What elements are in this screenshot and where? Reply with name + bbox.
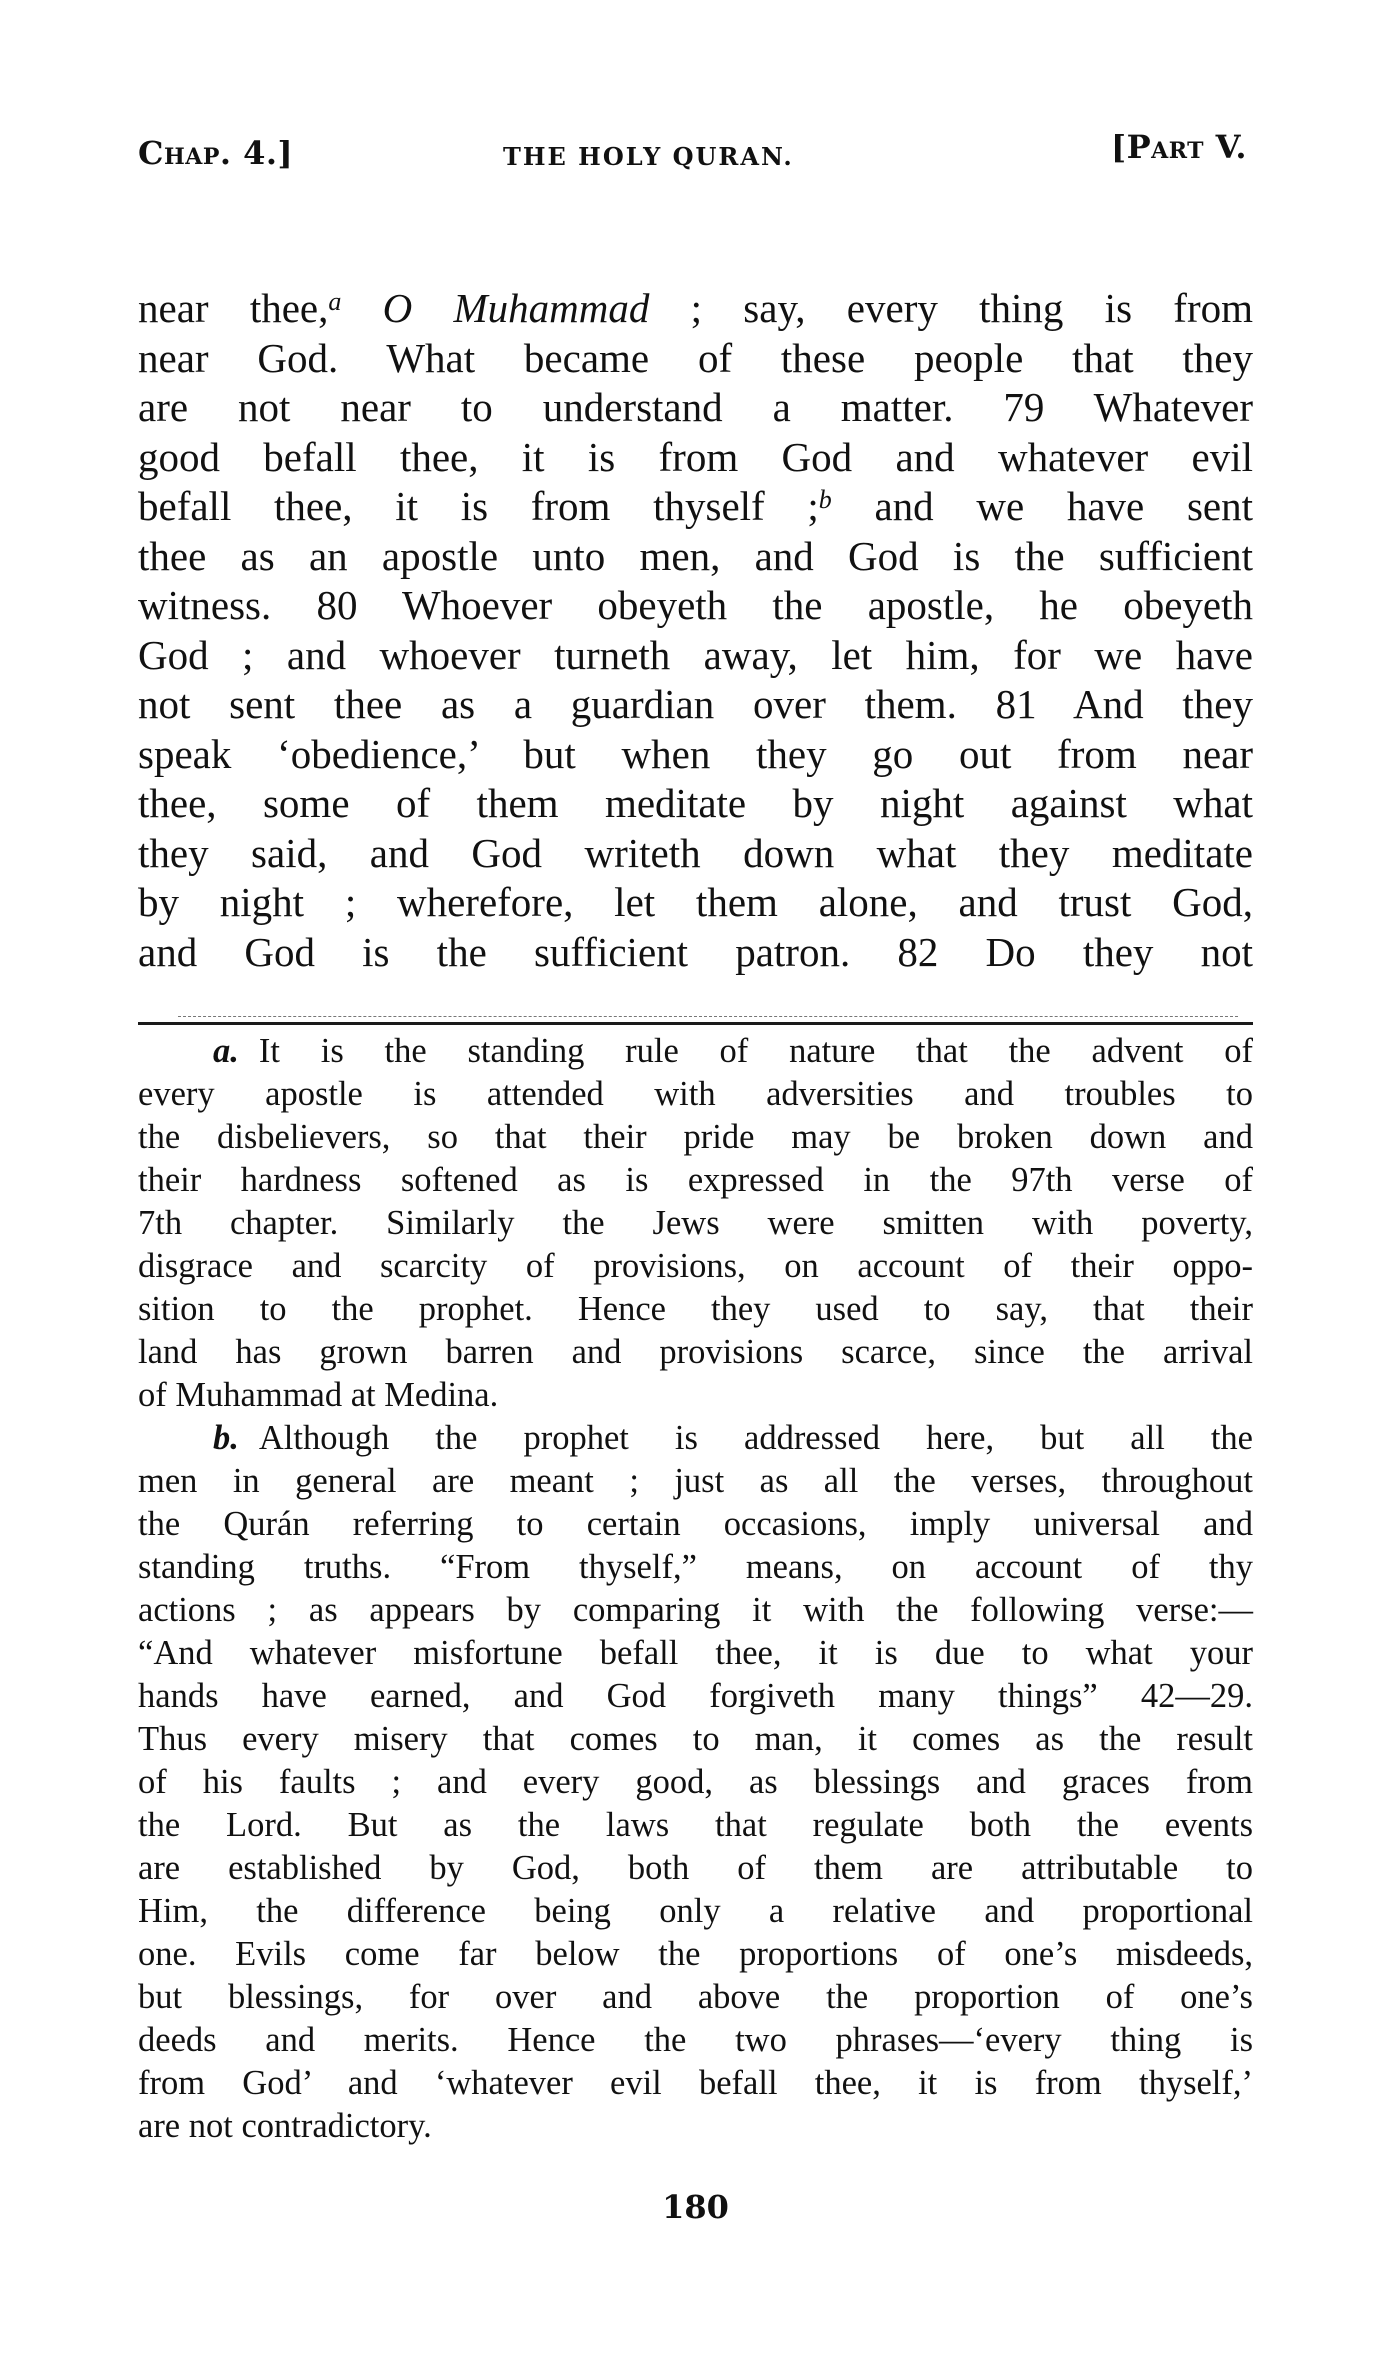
footnote-line: hands have earned, and God forgiveth man…	[138, 1675, 1253, 1718]
footnote-line: b.Although the prophet is addressed here…	[138, 1417, 1253, 1460]
footnote-line: of Muhammad at Medina.	[138, 1374, 1253, 1417]
text-line: speak ‘obedience,’ but when they go out …	[138, 730, 1253, 780]
text-line: and God is the sufficient patron. 82 Do …	[138, 928, 1253, 978]
footnote-divider	[138, 1022, 1253, 1025]
text-line: thee as an apostle unto men, and God is …	[138, 532, 1253, 582]
text-line: good befall thee, it is from God and wha…	[138, 433, 1253, 483]
text-line: God ; and whoever turneth away, let him,…	[138, 631, 1253, 681]
text-line: witness. 80 Whoever obeyeth the apostle,…	[138, 581, 1253, 631]
footnote-label-a: a.	[213, 1032, 239, 1070]
footnote-line: one. Evils come far below the proportion…	[138, 1933, 1253, 1976]
footnote-line: of his faults ; and every good, as bless…	[138, 1761, 1253, 1804]
chapter-label: Chap. 4.]	[138, 134, 293, 172]
footnote-line: their hardness softened as is expressed …	[138, 1159, 1253, 1202]
text-line: they said, and God writeth down what the…	[138, 829, 1253, 879]
footnote-line: the Qurán referring to certain occasions…	[138, 1503, 1253, 1546]
footnote-line: are established by God, both of them are…	[138, 1847, 1253, 1890]
book-title: THE HOLY QURAN.	[503, 142, 794, 171]
footnote-b: b.Although the prophet is addressed here…	[138, 1417, 1253, 2148]
footnote-line: the Lord. But as the laws that regulate …	[138, 1804, 1253, 1847]
footnote-line: Thus every misery that comes to man, it …	[138, 1718, 1253, 1761]
footnote-divider-faint	[178, 1016, 1238, 1017]
page-number: 180	[138, 2188, 1253, 2226]
footnote-line: but blessings, for over and above the pr…	[138, 1976, 1253, 2019]
text-line: by night ; wherefore, let them alone, an…	[138, 878, 1253, 928]
running-head: Chap. 4.] THE HOLY QURAN. [Part V.	[138, 128, 1253, 178]
footnote-line: the disbelievers, so that their pride ma…	[138, 1116, 1253, 1159]
main-text: near thee,a O Muhammad ; say, every thin…	[138, 284, 1253, 977]
footnote-line: Him, the difference being only a relativ…	[138, 1890, 1253, 1933]
footnote-line: men in general are meant ; just as all t…	[138, 1460, 1253, 1503]
footnote-line: land has grown barren and provisions sca…	[138, 1331, 1253, 1374]
footnote-line: sition to the prophet. Hence they used t…	[138, 1288, 1253, 1331]
footnote-line: a.It is the standing rule of nature that…	[138, 1030, 1253, 1073]
text-line: thee, some of them meditate by night aga…	[138, 779, 1253, 829]
text-line: are not near to understand a matter. 79 …	[138, 383, 1253, 433]
text-line: befall thee, it is from thyself ;b and w…	[138, 482, 1253, 532]
text-line: near thee,a O Muhammad ; say, every thin…	[138, 284, 1253, 334]
footnote-line: “And whatever misfortune befall thee, it…	[138, 1632, 1253, 1675]
footnotes: a.It is the standing rule of nature that…	[138, 1030, 1253, 2148]
text-line: not sent thee as a guardian over them. 8…	[138, 680, 1253, 730]
footnote-line: from God’ and ‘whatever evil befall thee…	[138, 2062, 1253, 2105]
italic-name: O Muhammad	[341, 285, 649, 331]
footnote-line: standing truths. “From thyself,” means, …	[138, 1546, 1253, 1589]
text-line: near God. What became of these people th…	[138, 334, 1253, 384]
footnote-line: actions ; as appears by comparing it wit…	[138, 1589, 1253, 1632]
footnote-line: every apostle is attended with adversiti…	[138, 1073, 1253, 1116]
footnote-ref-a[interactable]: a	[328, 287, 341, 316]
footnote-line: are not contradictory.	[138, 2105, 1253, 2148]
footnote-label-b: b.	[213, 1419, 239, 1457]
footnote-line: deeds and merits. Hence the two phrases—…	[138, 2019, 1253, 2062]
footnote-a: a.It is the standing rule of nature that…	[138, 1030, 1253, 1417]
footnote-line: disgrace and scarcity of provisions, on …	[138, 1245, 1253, 1288]
footnote-ref-b[interactable]: b	[819, 485, 832, 514]
footnote-line: 7th chapter. Similarly the Jews were smi…	[138, 1202, 1253, 1245]
part-label: [Part V.	[1111, 128, 1247, 166]
